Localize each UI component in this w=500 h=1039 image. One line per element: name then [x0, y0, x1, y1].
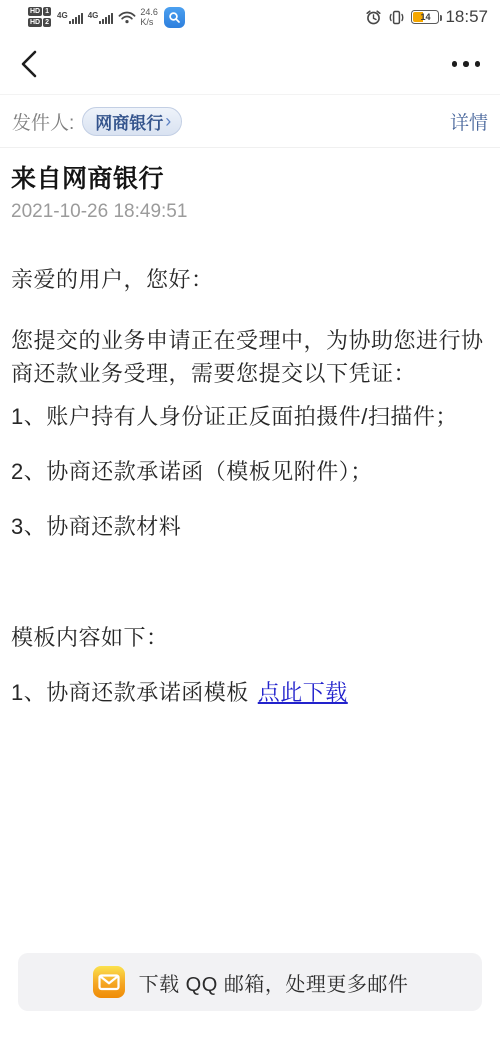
sender-chip[interactable]: 网商银行 ›: [82, 107, 182, 136]
list-item: 2、协商还款承诺函（模板见附件）；: [11, 455, 489, 488]
navbar: [0, 34, 500, 95]
mail-subject: 来自网商银行: [11, 162, 488, 196]
list-item: 1、账户持有人身份证正反面拍摄件/扫描件；: [11, 400, 489, 433]
subject-block: 来自网商银行 2021-10-26 18:49:51: [0, 148, 500, 223]
search-notification-icon: [164, 7, 185, 28]
signal-strength-sim1-icon: 4G: [57, 10, 83, 24]
volte-hd-icons: HD 1 HD 2: [28, 7, 51, 27]
battery-percent: 14: [420, 12, 430, 22]
back-chevron-icon: [18, 48, 40, 80]
qq-mail-icon: [92, 965, 126, 999]
signal-strength-sim2-icon: 4G: [88, 10, 114, 24]
requirement-list: 1、账户持有人身份证正反面拍摄件/扫描件； 2、协商还款承诺函（模板见附件）； …: [11, 400, 489, 543]
network-speed: 24.6 K/s: [140, 7, 158, 27]
hd-sim2-icon: HD: [28, 18, 42, 27]
template-heading: 模板内容如下：: [11, 621, 489, 654]
download-app-banner[interactable]: 下载 QQ 邮箱，处理更多邮件: [18, 953, 482, 1011]
speed-value: 24.6: [140, 7, 158, 17]
details-button[interactable]: 详情: [450, 108, 488, 135]
vibrate-icon: [388, 9, 405, 26]
sim2-number: 2: [43, 18, 51, 27]
status-clock: 18:57: [445, 7, 488, 27]
hd-sim1-icon: HD: [28, 7, 42, 16]
template-item-line: 1、协商还款承诺函模板点此下载: [11, 676, 489, 709]
sender-label: 发件人:: [12, 108, 74, 135]
banner-text: 下载 QQ 邮箱，处理更多邮件: [139, 968, 409, 997]
greeting-text: 亲爱的用户，您好：: [11, 263, 489, 296]
download-link[interactable]: 点此下载: [258, 680, 348, 705]
back-button[interactable]: [18, 44, 46, 84]
wifi-icon: [118, 10, 136, 25]
mail-body: 亲爱的用户，您好： 您提交的业务申请正在受理中，为协助您进行协商还款业务受理，需…: [0, 263, 500, 709]
sender-row: 发件人: 网商银行 › 详情: [0, 95, 500, 148]
speed-unit: K/s: [140, 17, 153, 27]
sim1-number: 1: [43, 7, 51, 16]
intro-paragraph: 您提交的业务申请正在受理中，为协助您进行协商还款业务受理，需要您提交以下凭证：: [11, 324, 489, 390]
list-item: 3、协商还款材料: [11, 510, 489, 543]
status-bar: HD 1 HD 2 4G 4G 24: [0, 0, 500, 34]
network-type-label: 4G: [88, 11, 99, 20]
template-item-text: 1、协商还款承诺函模板: [11, 680, 249, 705]
more-options-button[interactable]: [450, 55, 483, 73]
mail-detail-screen: HD 1 HD 2 4G 4G 24: [0, 0, 500, 1039]
alarm-icon: [365, 9, 382, 26]
battery-icon: 14: [411, 10, 439, 24]
chevron-right-icon: ›: [165, 112, 171, 130]
sender-name: 网商银行: [95, 109, 163, 134]
mail-timestamp: 2021-10-26 18:49:51: [11, 201, 488, 223]
network-type-label: 4G: [57, 11, 68, 20]
